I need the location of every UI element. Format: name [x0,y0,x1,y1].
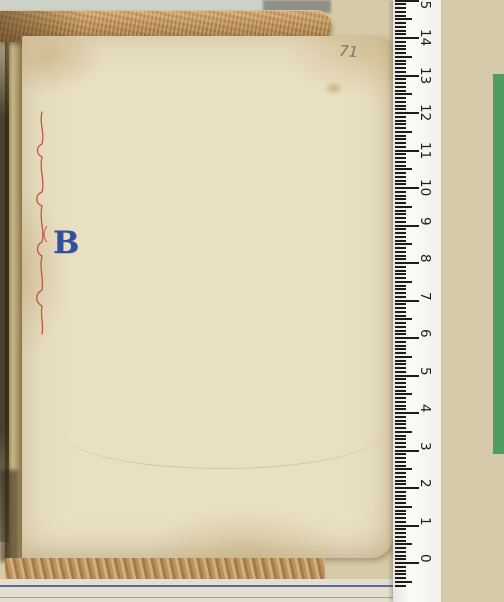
ruler-tick [395,562,419,564]
ruler-number: 14 [417,29,433,45]
ruler-tick [395,375,419,377]
ruler-tick [395,93,412,95]
ruler-tick [395,300,419,302]
page-number: 71 [338,42,373,64]
ruler-tick [395,146,406,148]
ruler-tick [395,187,419,189]
ruler-tick [395,123,406,125]
ruler-tick [395,41,406,43]
ruler-tick [395,506,412,508]
text-column-right: noe tua fugiet. a uoce tonitrui tui form… [186,96,305,438]
margin-flourish [34,110,52,350]
ruler-tick [395,168,412,170]
ruler-tick [395,585,406,587]
ruler-tick [395,408,406,410]
ruler-tick [395,206,412,208]
ruler-tick [395,371,406,373]
ruler-tick [395,536,406,538]
ruler-tick [395,435,406,437]
ruler-tick [395,457,406,459]
ruler-number: 1 [417,517,433,533]
ruler-tick [395,427,406,429]
ruler-number: 0 [417,554,433,570]
ruler-tick [395,183,406,185]
ruler-tick [395,416,406,418]
ruler-tick [395,101,406,103]
ruler-tick [395,510,406,512]
ruler-number: 15 [417,0,433,8]
ruler-number: 12 [417,104,433,120]
ruler-tick [395,180,406,182]
manuscript-photo-scene: 71 lo pauit sede sua i regniipi oibz dna… [0,0,504,602]
ruler-tick [395,157,406,159]
text-column-left: lo pauit sede sua i regniipi oibz dnabit… [57,96,176,426]
ruler-number: 3 [417,442,433,458]
ruler-tick [395,150,419,152]
ruler-tick [395,86,406,88]
ruler-tick [395,446,406,448]
ruler-tick [395,468,412,470]
ruler-tick [395,78,406,80]
ruler-number: 7 [417,292,433,308]
ruler-number: 2 [417,479,433,495]
ruler-tick [395,570,406,572]
ruler-tick [395,3,406,5]
ruler-tick [395,352,406,354]
ruler-tick [395,71,406,73]
ruler-tick [395,210,406,212]
ruler-tick [395,52,406,54]
ruler-tick [395,333,406,335]
ruler-tick [395,56,412,58]
ruler-tick [395,551,406,553]
ruler-tick [395,281,412,283]
ruler-number: 13 [417,67,433,83]
ruler-tick [395,491,406,493]
ruler-tick [395,120,406,122]
ruler-tick [395,397,406,399]
ruler-tick [395,356,412,358]
ruler-tick [395,48,406,50]
ruler-tick [395,0,419,2]
ruler-tick [395,135,406,137]
ruler-tick [395,116,406,118]
ruler-tick [395,153,406,155]
ruler-tick [395,221,406,223]
ruler-tick [395,330,406,332]
ruler-tick [395,345,406,347]
ruler-tick [395,303,406,305]
ruler-tick [395,367,406,369]
ruler-tick [395,22,406,24]
ruler-tick [395,442,406,444]
ruler-tick [395,82,406,84]
ruler-tick [395,258,406,260]
ruler-tick [395,472,406,474]
ruler-tick [395,165,406,167]
ruler-tick [395,213,406,215]
ruler-tick [395,191,406,193]
green-backdrop-strip [493,74,504,454]
ruler-tick [395,378,406,380]
ruler-tick [395,202,406,204]
ruler-tick [395,18,412,20]
ruler-tick [395,292,406,294]
ruler-tick [395,97,406,99]
ruler-tick [395,176,406,178]
ruler-tick [395,45,406,47]
ruler-number: 11 [417,142,433,158]
ruler-tick [395,581,412,583]
ruler-tick [395,431,412,433]
ruler-number: 8 [417,254,433,270]
ruler-tick [395,322,406,324]
ruler-tick [395,63,406,65]
ruler-tick [395,255,406,257]
ruler-tick [395,555,406,557]
ruler-tick [395,412,419,414]
ruler-tick [395,67,406,69]
ruler-tick [395,142,406,144]
ruler-tick [395,11,406,13]
ruler-tick [395,262,419,264]
ruler-tick [395,225,419,227]
ruler-tick [395,566,406,568]
blue-ruled-line [0,585,437,587]
ruler-tick [395,438,406,440]
ruler-tick [395,240,406,242]
ruler-tick [395,296,406,298]
ruler-tick [395,498,406,500]
ruler-tick [395,307,406,309]
illuminated-initial: B [53,228,79,259]
ruler-tick [395,315,406,317]
ruler-tick [395,75,419,77]
ruler-tick [395,420,406,422]
ruler-number: 10 [417,179,433,195]
ruler-tick [395,232,406,234]
ruler-tick [395,198,406,200]
ruler-tick [395,247,406,249]
ruler-number: 5 [417,367,433,383]
ruler-tick [395,423,406,425]
ruler-tick [395,236,406,238]
ruler-tick [395,138,406,140]
centimeter-ruler: 0123456789101112131415 [393,0,441,602]
ruler-tick [395,547,406,549]
ruler-tick [395,337,419,339]
ruler-tick [395,26,406,28]
ruler-tick [395,382,406,384]
ruler-tick [395,480,406,482]
lined-paper-strip [0,579,437,602]
ruler-tick [395,15,406,17]
ruler-tick [395,172,406,174]
ruler-tick [395,108,406,110]
ruler-tick [395,112,419,114]
ruler-tick [395,483,406,485]
ruler-tick [395,127,406,129]
ruler-tick [395,318,412,320]
ruler-tick [395,573,406,575]
ruler-tick [395,33,406,35]
ruler-tick [395,277,406,279]
ruler-tick [395,161,406,163]
ruler-number: 4 [417,404,433,420]
ruler-tick [395,558,406,560]
ruler-tick [395,525,419,527]
ruler-tick [395,285,406,287]
ruler-tick [395,487,419,489]
ruler-tick [395,393,412,395]
ruler-tick [395,217,406,219]
ruler-tick [395,476,406,478]
gutter-shadow [0,26,9,542]
ruler-tick [395,540,406,542]
ruler-tick [395,273,406,275]
ruler-tick [395,105,406,107]
ruler-tick [395,288,406,290]
ruler-tick [395,532,406,534]
ruler-tick [395,243,412,245]
ruler-tick [395,363,406,365]
ruler-tick [395,450,419,452]
ruler-tick [395,195,406,197]
ruler-tick [395,270,406,272]
ruler-tick [395,502,406,504]
blue-ruled-line [0,597,437,598]
ruler-tick [395,386,406,388]
ruler-tick [395,405,406,407]
ruler-tick [395,37,419,39]
gutter-shadow-bottom [0,470,18,562]
ruler-tick [395,465,406,467]
ruler-tick [395,528,406,530]
ruler-tick [395,513,406,515]
ruler-tick [395,131,412,133]
ruler-tick [395,60,406,62]
ruler-tick [395,326,406,328]
ruler-tick [395,228,406,230]
ruler-tick [395,517,406,519]
ruler-tick [395,7,406,9]
ruler-tick [395,266,406,268]
ruler-tick [395,251,406,253]
ruler-tick [395,401,406,403]
ruler-number: 9 [417,217,433,233]
ruler-tick [395,90,406,92]
ruler-tick [395,521,406,523]
text-line: dne ds ms magnificatus [57,96,87,107]
ruler-tick [395,453,406,455]
ruler-tick [395,348,406,350]
ruler-tick [395,461,406,463]
ruler-tick [395,577,406,579]
ruler-tick [395,30,406,32]
ruler-tick [395,341,406,343]
ruler-tick [395,360,406,362]
ruler-number: 6 [417,329,433,345]
ruler-tick [395,543,412,545]
ruler-tick [395,495,406,497]
ruler-tick [395,311,406,313]
ruler-tick [395,390,406,392]
